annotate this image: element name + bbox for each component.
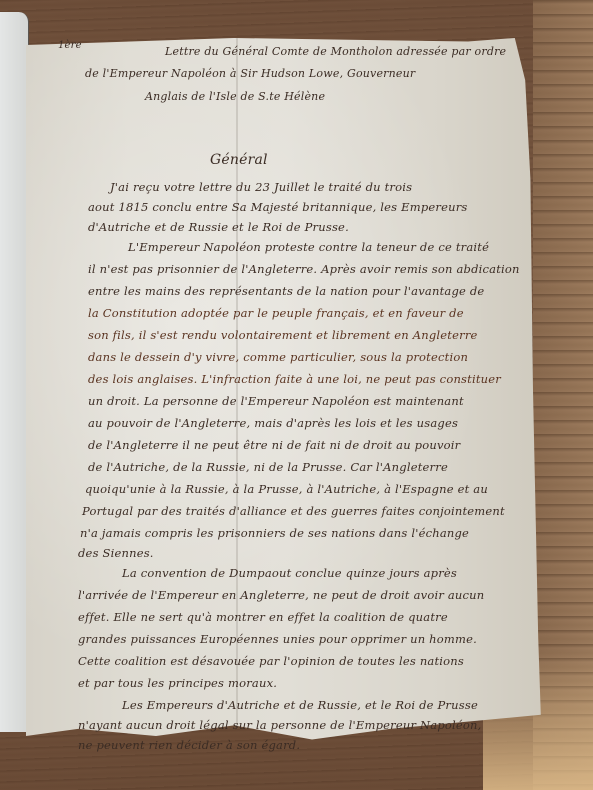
- page-marker: 1ère: [58, 40, 82, 51]
- body-line: effet. Elle ne sert qu'à montrer en effe…: [78, 610, 448, 624]
- body-line: Portugal par des traités d'alliance et d…: [82, 504, 505, 518]
- body-line: il n'est pas prisonnier de l'Angleterre.…: [88, 262, 520, 276]
- heading-line-3: Anglais de l'Isle de S.te Hélène: [145, 90, 325, 103]
- salutation: Général: [210, 152, 268, 168]
- body-line: grandes puissances Européennes unies pou…: [78, 632, 477, 646]
- body-line: son fils, il s'est rendu volontairement …: [88, 328, 478, 342]
- body-line: quoiqu'unie à la Russie, à la Prusse, à …: [85, 482, 488, 496]
- body-line: l'arrivée de l'Empereur en Angleterre, n…: [78, 588, 484, 602]
- body-line: J'ai reçu votre lettre du 23 Juillet le …: [110, 180, 412, 194]
- body-line: la Constitution adoptée par le peuple fr…: [88, 306, 464, 320]
- heading-line-1: Lettre du Général Comte de Montholon adr…: [165, 45, 506, 58]
- body-line: Les Empereurs d'Autriche et de Russie, e…: [122, 698, 478, 712]
- body-line: des lois anglaises. L'infraction faite à…: [88, 372, 501, 386]
- body-line: entre les mains des représentants de la …: [88, 284, 484, 298]
- body-line: de l'Autriche, de la Russie, ni de la Pr…: [88, 460, 448, 474]
- body-line: n'ayant aucun droit légal sur la personn…: [78, 718, 481, 732]
- body-line: au pouvoir de l'Angleterre, mais d'après…: [88, 416, 458, 430]
- body-line: des Siennes.: [78, 546, 154, 560]
- body-line: ne peuvent rien décider à son égard.: [78, 738, 300, 752]
- body-line: L'Empereur Napoléon proteste contre la t…: [128, 240, 489, 254]
- body-line: aout 1815 conclu entre Sa Majesté britan…: [88, 200, 468, 214]
- body-line: dans le dessein d'y vivre, comme particu…: [88, 350, 468, 364]
- body-line: de l'Angleterre il ne peut être ni de fa…: [88, 438, 460, 452]
- body-line: et par tous les principes moraux.: [78, 676, 277, 690]
- binding-edge-sheet: [0, 12, 29, 732]
- body-line: La convention de Dumpaout conclue quinze…: [122, 566, 457, 580]
- body-line: Cette coalition est désavouée par l'opin…: [78, 654, 464, 668]
- body-line: un droit. La personne de l'Empereur Napo…: [88, 394, 464, 408]
- body-line: d'Autriche et de Russie et le Roi de Pru…: [88, 220, 349, 234]
- heading-line-2: de l'Empereur Napoléon à Sir Hudson Lowe…: [85, 67, 415, 80]
- body-line: n'a jamais compris les prisonniers de se…: [80, 526, 469, 540]
